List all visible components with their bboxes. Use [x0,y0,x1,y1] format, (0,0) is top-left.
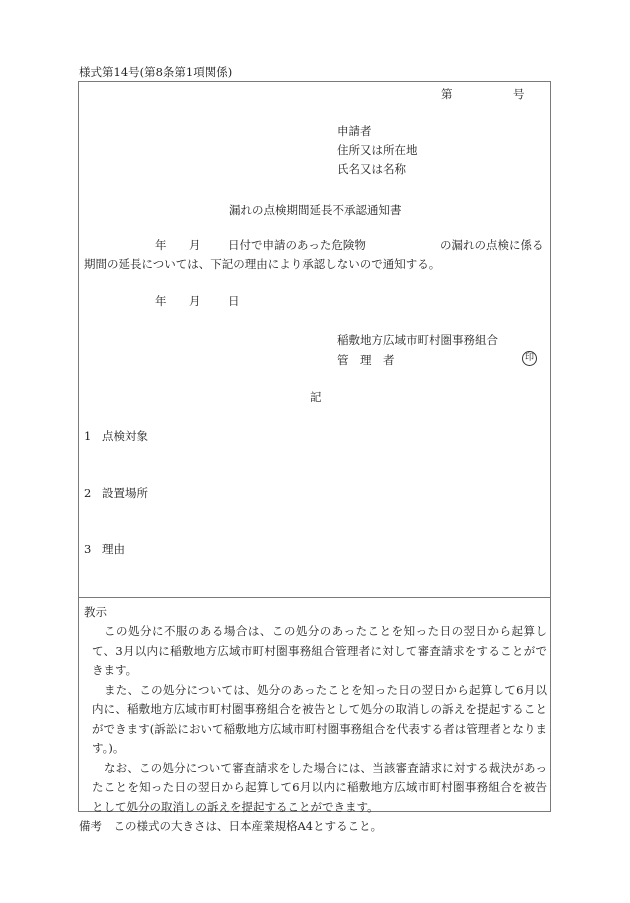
issue-date-year: 年 [155,294,167,308]
number-prefix: 第 [441,87,453,101]
document-title: 漏れの点検期間延長不承認通知書 [229,203,402,217]
kyoji-heading: 教示 [84,605,107,619]
applicant-name-label: 氏名又は名称 [337,162,406,176]
body-date-month: 月 [189,238,201,252]
issue-date-day: 日 [228,294,240,308]
kyoji-paragraph-1: この処分に不服のある場合は、この処分のあったことを知った日の翌日から起算して、3… [84,622,547,681]
issuer-organization: 稲敷地方広域市町村圏事務組合 [337,333,498,347]
form-number-label: 様式第14号(第8条第1項関係) [79,65,232,79]
kyoji-body: この処分に不服のある場合は、この処分のあったことを知った日の翌日から起算して、3… [84,622,547,817]
body-date-year: 年 [155,238,167,252]
item-1-label: 点検対象 [102,429,148,443]
issue-date-month: 月 [189,294,201,308]
number-suffix: 号 [513,87,525,101]
item-1-number: 1 [84,429,91,443]
seal-mark-icon: 印 [522,351,537,366]
kyoji-paragraph-2: また、この処分については、処分のあったことを知った日の翌日から起算して6月以内に… [84,681,547,759]
applicant-title: 申請者 [337,124,372,138]
ki-heading: 記 [310,390,322,404]
applicant-address-label: 住所又は所在地 [337,143,418,157]
body-line-2: 期間の延長については、下記の理由により承認しないので通知する。 [84,257,440,271]
kyoji-paragraph-3: なお、この処分について審査請求をした場合には、当該審査請求に対する裁決があったこ… [84,759,547,818]
body-after-blank: の漏れの点検に係る [440,238,544,252]
item-3-label: 理由 [102,542,125,556]
item-2-number: 2 [84,486,91,500]
section-divider [78,597,551,598]
item-2-label: 設置場所 [102,486,148,500]
footer-note: 備考 この様式の大きさは、日本産業規格A4とすること。 [79,819,382,833]
body-date-day-phrase: 日付で申請のあった危険物 [228,238,366,252]
item-3-number: 3 [84,542,91,556]
issuer-role: 管 理 者 [337,353,395,367]
